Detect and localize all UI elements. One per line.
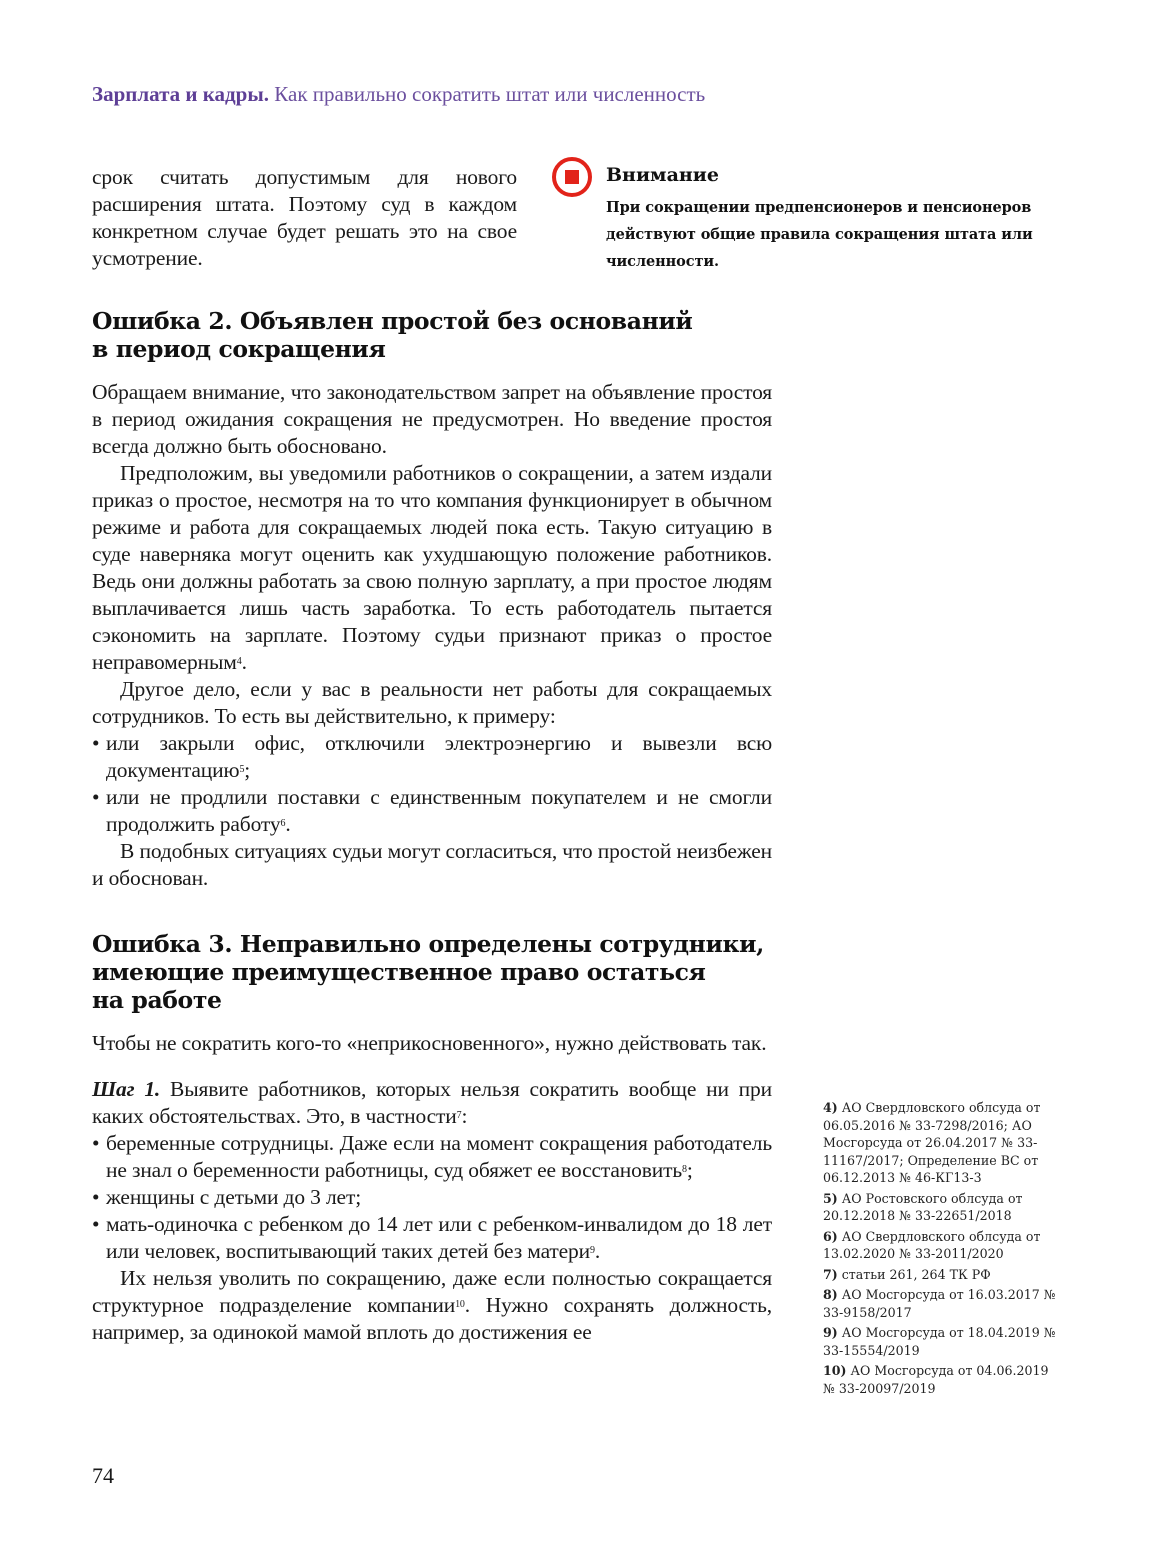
stop-icon — [551, 156, 593, 198]
footnote-text: АО Мосгорсуда от 04.06.2019 № 33-20097/2… — [823, 1363, 1049, 1396]
section-error-2: Ошибка 2. Объявлен простой без оснований… — [92, 307, 772, 892]
heading-line: на работе — [92, 986, 222, 1014]
footnote-number: 5) — [823, 1191, 838, 1206]
paragraph: Их нельзя уволить по сокращению, даже ес… — [92, 1265, 772, 1346]
list-item: или не продлили поставки с единственным … — [92, 784, 772, 838]
heading-line: имеющие преимущественное право остаться — [92, 958, 705, 986]
footnote-number: 6) — [823, 1229, 838, 1244]
list-item: или закрыли офис, отключили электроэнерг… — [92, 730, 772, 784]
step-text: Выявите работников, которых нельзя сокра… — [92, 1077, 772, 1128]
footnote-text: АО Свердловского облсуда от 06.05.2016 №… — [823, 1100, 1040, 1185]
footnote: 5) АО Ростовского облсуда от 20.12.2018 … — [823, 1190, 1058, 1225]
list-item: мать-одиночка с ребенком до 14 лет или с… — [92, 1211, 772, 1265]
footnote-ref[interactable]: 10 — [455, 1299, 465, 1310]
footnote-number: 9) — [823, 1325, 838, 1340]
footnote-ref[interactable]: 5 — [239, 764, 244, 775]
footnote-number: 4) — [823, 1100, 838, 1115]
list-item-text: или закрыли офис, отключили электроэнерг… — [106, 731, 772, 782]
header-title: Как правильно сократить штат или численн… — [274, 82, 705, 106]
footnote-text: АО Ростовского облсуда от 20.12.2018 № 3… — [823, 1191, 1023, 1224]
heading-line: Ошибка 3. Неправильно определены сотрудн… — [92, 930, 764, 958]
footnote-ref[interactable]: 8 — [682, 1164, 687, 1175]
section-heading: Ошибка 3. Неправильно определены сотрудн… — [92, 930, 772, 1014]
footnote-ref[interactable]: 6 — [280, 818, 285, 829]
list-item-text: мать-одиночка с ребенком до 14 лет или с… — [106, 1212, 772, 1263]
footnote: 7) статьи 261, 264 ТК РФ — [823, 1266, 1058, 1284]
footnote-text: АО Мосгорсуда от 18.04.2019 № 33-15554/2… — [823, 1325, 1056, 1358]
paragraph: Предположим, вы уведомили работников о с… — [92, 460, 772, 676]
punct: . — [595, 1239, 600, 1263]
punct: . — [285, 812, 290, 836]
list-item-text: или не продлили поставки с единственным … — [106, 785, 772, 836]
heading-line: в период сокращения — [92, 335, 385, 363]
footnote-text: АО Мосгорсуда от 16.03.2017 № 33-9158/20… — [823, 1287, 1056, 1320]
bullet-list: или закрыли офис, отключили электроэнерг… — [92, 730, 772, 838]
punct: ; — [244, 758, 250, 782]
footnote: 10) АО Мосгорсуда от 04.06.2019 № 33-200… — [823, 1362, 1058, 1397]
list-item-text: беременные сотрудницы. Даже если на моме… — [106, 1131, 772, 1182]
footnote-ref[interactable]: 9 — [590, 1245, 595, 1256]
footnote-ref[interactable]: 4 — [237, 656, 242, 667]
footnote-number: 10) — [823, 1363, 846, 1378]
header-section: Зарплата и кадры. — [92, 82, 269, 106]
footnote: 6) АО Свердловского облсуда от 13.02.202… — [823, 1228, 1058, 1263]
intro-paragraph: срок считать допустимым для нового расши… — [92, 164, 517, 272]
footnote: 4) АО Свердловского облсуда от 06.05.201… — [823, 1099, 1058, 1187]
bullet-list: беременные сотрудницы. Даже если на моме… — [92, 1130, 772, 1265]
footnote: 8) АО Мосгорсуда от 16.03.2017 № 33-9158… — [823, 1286, 1058, 1321]
paragraph: Другое дело, если у вас в реальности нет… — [92, 676, 772, 730]
page-number: 74 — [92, 1463, 114, 1489]
footnote-number: 7) — [823, 1267, 838, 1282]
footnote-ref[interactable]: 7 — [457, 1110, 462, 1121]
paragraph: Чтобы не сократить кого-то «неприкоснове… — [92, 1030, 772, 1057]
section-error-3: Ошибка 3. Неправильно определены сотрудн… — [92, 930, 772, 1346]
footnote-text: АО Свердловского облсуда от 13.02.2020 №… — [823, 1229, 1040, 1262]
footnote: 9) АО Мосгорсуда от 18.04.2019 № 33-1555… — [823, 1324, 1058, 1359]
punct: . — [242, 650, 247, 674]
heading-line: Ошибка 2. Объявлен простой без оснований — [92, 307, 692, 335]
section-heading: Ошибка 2. Объявлен простой без оснований… — [92, 307, 772, 363]
paragraph: В подобных ситуациях судьи могут согласи… — [92, 838, 772, 892]
step-paragraph: Шаг 1. Выявите работников, которых нельз… — [92, 1076, 772, 1130]
paragraph: Обращаем внимание, что законодательством… — [92, 379, 772, 460]
punct: ; — [687, 1158, 693, 1182]
attention-title: Внимание — [606, 164, 719, 186]
paragraph-text: Предположим, вы уведомили работников о с… — [92, 461, 772, 674]
footnotes: 4) АО Свердловского облсуда от 06.05.201… — [823, 1099, 1058, 1400]
running-header: Зарплата и кадры. Как правильно сократит… — [92, 82, 705, 107]
footnote-text: статьи 261, 264 ТК РФ — [842, 1267, 991, 1282]
punct: : — [462, 1104, 468, 1128]
list-item: беременные сотрудницы. Даже если на моме… — [92, 1130, 772, 1184]
step-label: Шаг 1. — [92, 1077, 160, 1101]
attention-text: При сокращении предпенсионеров и пенсион… — [606, 194, 1046, 275]
list-item: женщины с детьми до 3 лет; — [92, 1184, 772, 1211]
list-item-text: женщины с детьми до 3 лет; — [106, 1185, 361, 1209]
footnote-number: 8) — [823, 1287, 838, 1302]
